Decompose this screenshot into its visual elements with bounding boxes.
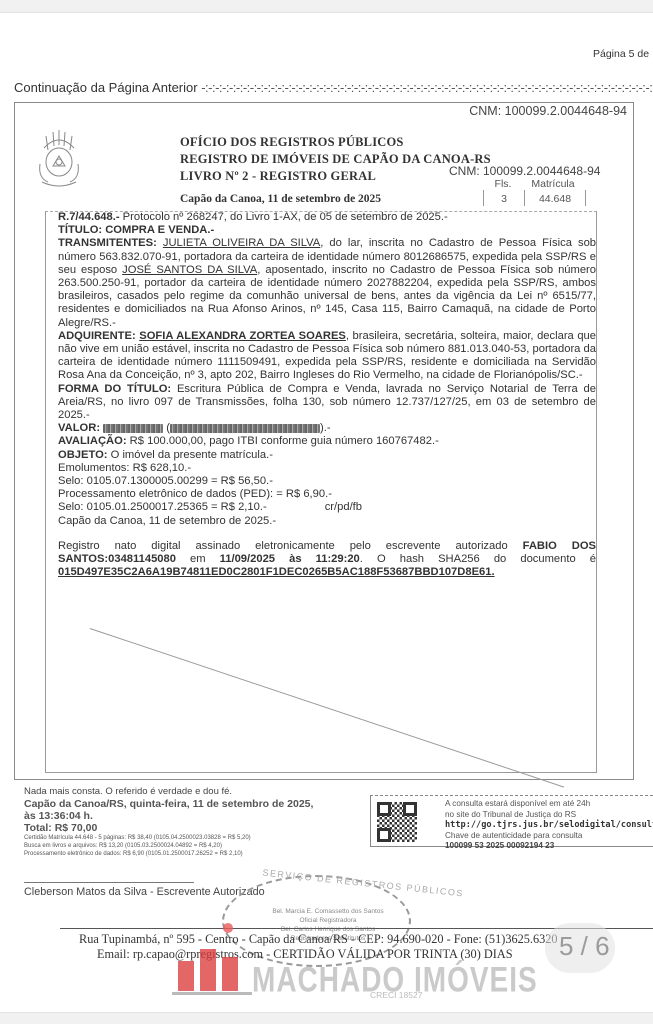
nothing-else-statement: Nada mais consta. O referido é verdade e… bbox=[24, 786, 324, 798]
fls-label: Fls. bbox=[483, 178, 523, 190]
verification-url[interactable]: http://go.tjrs.jus.br/selodigital/consul… bbox=[445, 820, 653, 831]
qr-key-label: Chave de autenticidade para consulta bbox=[445, 831, 653, 842]
cnm-header: CNM: 100099.2.0044648-94 bbox=[449, 164, 600, 178]
registry-header: OFÍCIO DOS REGISTROS PÚBLICOS REGISTRO D… bbox=[180, 134, 491, 185]
title-line: TÍTULO: COMPRA E VENDA.- bbox=[58, 224, 596, 237]
registry-entry: R.7/44.648.- Protocolo nº 268247, do Liv… bbox=[58, 211, 596, 579]
value-line: VALOR: ().- bbox=[58, 422, 596, 435]
deed-form-paragraph: FORMA DO TÍTULO: Escritura Pública de Co… bbox=[58, 383, 596, 423]
seal-line-1: Selo: 0105.07.1300005.00299 = R$ 56,50.- bbox=[58, 475, 596, 488]
fee-item-2: Busca em livros e arquivos: R$ 13,20 (01… bbox=[24, 842, 324, 850]
fees-line: Emolumentos: R$ 628,10.- bbox=[58, 462, 596, 475]
viewer-top-bar bbox=[0, 0, 653, 13]
redacted-value-words bbox=[170, 424, 320, 433]
document-hash: 015D497E35C2A6A19B74811ED0C2801F1DEC0265… bbox=[58, 566, 495, 578]
signer-name: Cleberson Matos da Silva - Escrevente Au… bbox=[24, 886, 265, 898]
qr-site: no site do Tribunal de Justiça do RS bbox=[445, 810, 653, 821]
matricula-value: 44.648 bbox=[525, 190, 586, 206]
page-counter-text: 5 / 6 bbox=[559, 931, 610, 962]
watermark-dot-icon bbox=[223, 923, 233, 933]
folio-matricula-table: Fls. Matrícula 3 44.648 bbox=[483, 178, 586, 206]
registration-line: R.7/44.648.- Protocolo nº 268247, do Liv… bbox=[58, 211, 596, 224]
fee-item-3: Processamento eletrônico de dados: R$ 6,… bbox=[24, 850, 324, 858]
digital-seal-panel: A consulta estará disponível em até 24h … bbox=[370, 795, 653, 847]
transmitter-2: JOSÉ SANTOS DA SILVA bbox=[122, 264, 257, 276]
watermark-logo-icon bbox=[178, 945, 248, 995]
digital-signature-paragraph: Registro nato digital assinado eletronic… bbox=[58, 540, 596, 580]
entry-place-date: Capão da Canoa, 11 de setembro de 2025.- bbox=[58, 515, 596, 528]
fee-item-1: Certidão Matrícula 44.648 - 5 páginas: R… bbox=[24, 834, 324, 842]
redacted-value bbox=[103, 424, 163, 433]
matricula-label: Matrícula bbox=[523, 178, 583, 190]
transmitter-1: JULIETA OLIVEIRA DA SILVA bbox=[163, 237, 320, 249]
coat-of-arms-icon bbox=[34, 128, 84, 190]
continuation-header: Continuação da Página Anterior -:-:-:-:-… bbox=[14, 80, 653, 95]
page-indicator: Página 5 de bbox=[593, 48, 649, 60]
ped-line: Processamento eletrônico de dados (PED):… bbox=[58, 488, 596, 501]
qr-availability: A consulta estará disponível em até 24h bbox=[445, 799, 653, 810]
acquirer-paragraph: ADQUIRENTE: SOFIA ALEXANDRA ZORTEA SOARE… bbox=[58, 330, 596, 383]
authenticity-key: 100099 53 2025 00092194 23 bbox=[445, 841, 653, 852]
clerk-initials: cr/pd/fb bbox=[325, 501, 362, 513]
qr-code-icon[interactable] bbox=[377, 802, 417, 842]
issue-place-datetime: Capão da Canoa/RS, quinta-feira, 11 de s… bbox=[24, 798, 324, 822]
seal-line-2: Selo: 0105.01.2500017.25365 = R$ 2,10.-c… bbox=[58, 501, 596, 514]
continuation-label: Continuação da Página Anterior bbox=[14, 80, 198, 95]
appraisal-line: AVALIAÇÃO: R$ 100.000,00, pago ITBI conf… bbox=[58, 435, 596, 448]
header-date: Capão da Canoa, 11 de setembro de 2025 bbox=[180, 193, 381, 205]
book-name: LIVRO Nº 2 - REGISTRO GERAL bbox=[180, 168, 491, 185]
continuation-dots: -:-:-:-:-:-:-:-:-:-:-:-:-:-:-:-:-:-:-:-:… bbox=[201, 80, 653, 95]
acquirer-name: SOFIA ALEXANDRA ZORTEA SOARES bbox=[139, 330, 346, 342]
fls-value: 3 bbox=[484, 190, 525, 206]
page-counter[interactable]: 5 / 6 bbox=[545, 923, 615, 973]
registry-name: REGISTRO DE IMÓVEIS DE CAPÃO DA CANOA-RS bbox=[180, 151, 491, 168]
cnm-top: CNM: 100099.2.0044648-94 bbox=[469, 104, 627, 118]
watermark-creci: CRECI 18527 bbox=[370, 990, 422, 1000]
office-address: Rua Tupinambá, nº 595 - Centro - Capão d… bbox=[79, 932, 558, 947]
total-fee: Total: R$ 70,00 bbox=[24, 822, 324, 834]
certificate-footer: Nada mais consta. O referido é verdade e… bbox=[24, 786, 324, 858]
viewer-bottom-bar bbox=[0, 1012, 653, 1024]
object-line: OBJETO: O imóvel da presente matrícula.- bbox=[58, 449, 596, 462]
signature-line bbox=[24, 882, 194, 883]
transmitters-paragraph: TRANSMITENTES: JULIETA OLIVEIRA DA SILVA… bbox=[58, 237, 596, 329]
office-name: OFÍCIO DOS REGISTROS PÚBLICOS bbox=[180, 134, 491, 151]
